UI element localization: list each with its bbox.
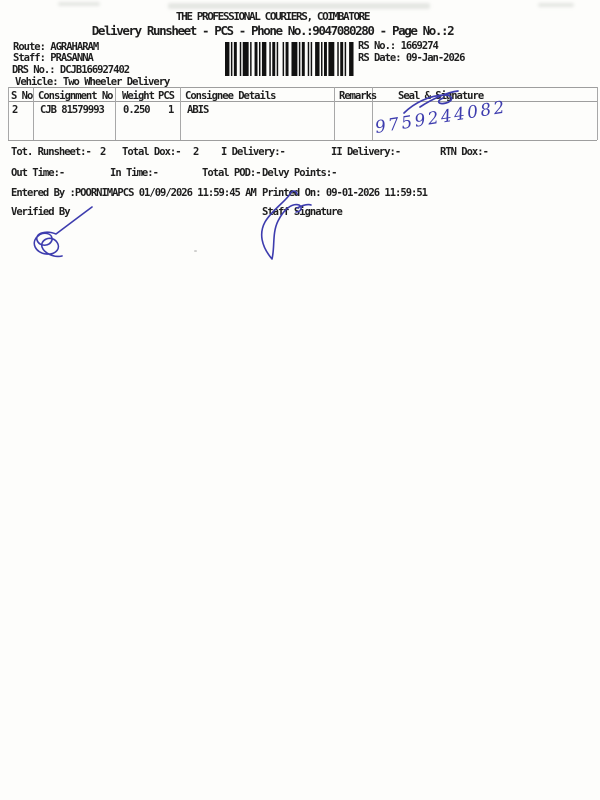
- verified-signature-ink: [34, 207, 92, 256]
- handwritten-ink-overlay: 9759244082: [0, 0, 600, 800]
- staff-signature-ink: [262, 191, 311, 259]
- runsheet-document: THE PROFESSIONAL COURIERS, COIMBATORE De…: [0, 0, 600, 800]
